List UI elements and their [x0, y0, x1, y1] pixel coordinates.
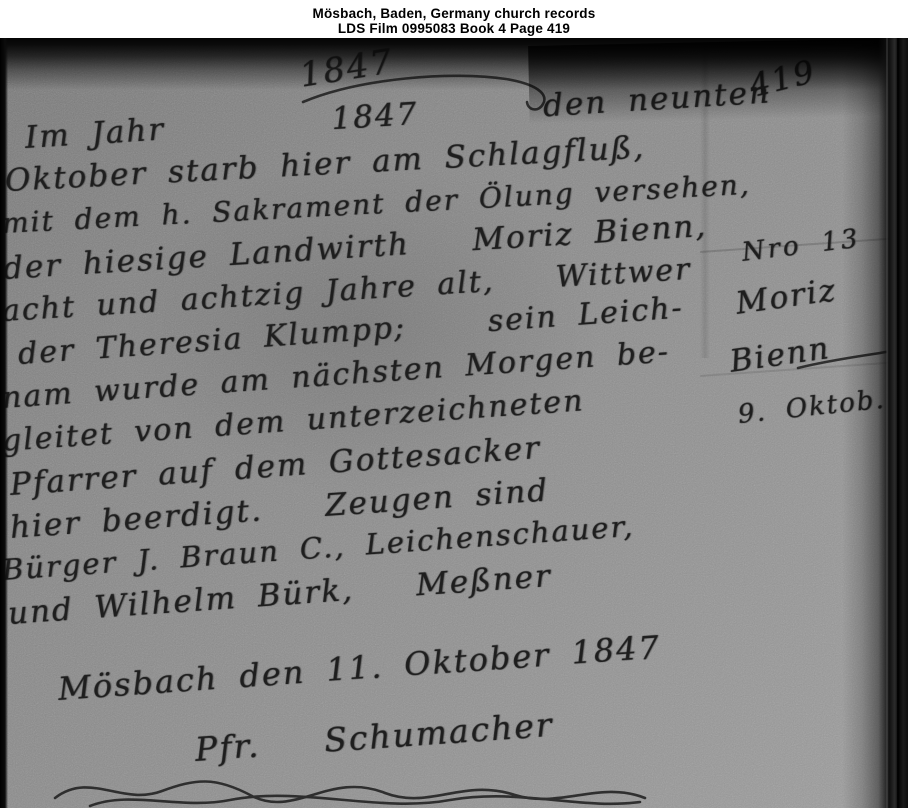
- binding-streak: [897, 38, 899, 808]
- caption-header: Mösbach, Baden, Germany church records L…: [0, 0, 908, 38]
- film-left-border: [0, 38, 8, 808]
- caption-line-2: LDS Film 0995083 Book 4 Page 419: [0, 21, 908, 36]
- binding-streak: [886, 38, 888, 808]
- caption-line-1: Mösbach, Baden, Germany church records: [0, 6, 908, 21]
- scanned-document: 1847 419 Im Jahr 1847 den neunten Oktobe…: [0, 38, 908, 808]
- margin-note-surname: Bienn: [727, 330, 832, 380]
- page: Mösbach, Baden, Germany church records L…: [0, 0, 908, 808]
- margin-note-firstname: Moriz: [733, 272, 839, 322]
- record-dateline: Mösbach den 11. Oktober 1847: [57, 628, 662, 708]
- book-binding-shadow: [842, 38, 908, 808]
- record-signature: Pfr. Schumacher: [194, 705, 555, 769]
